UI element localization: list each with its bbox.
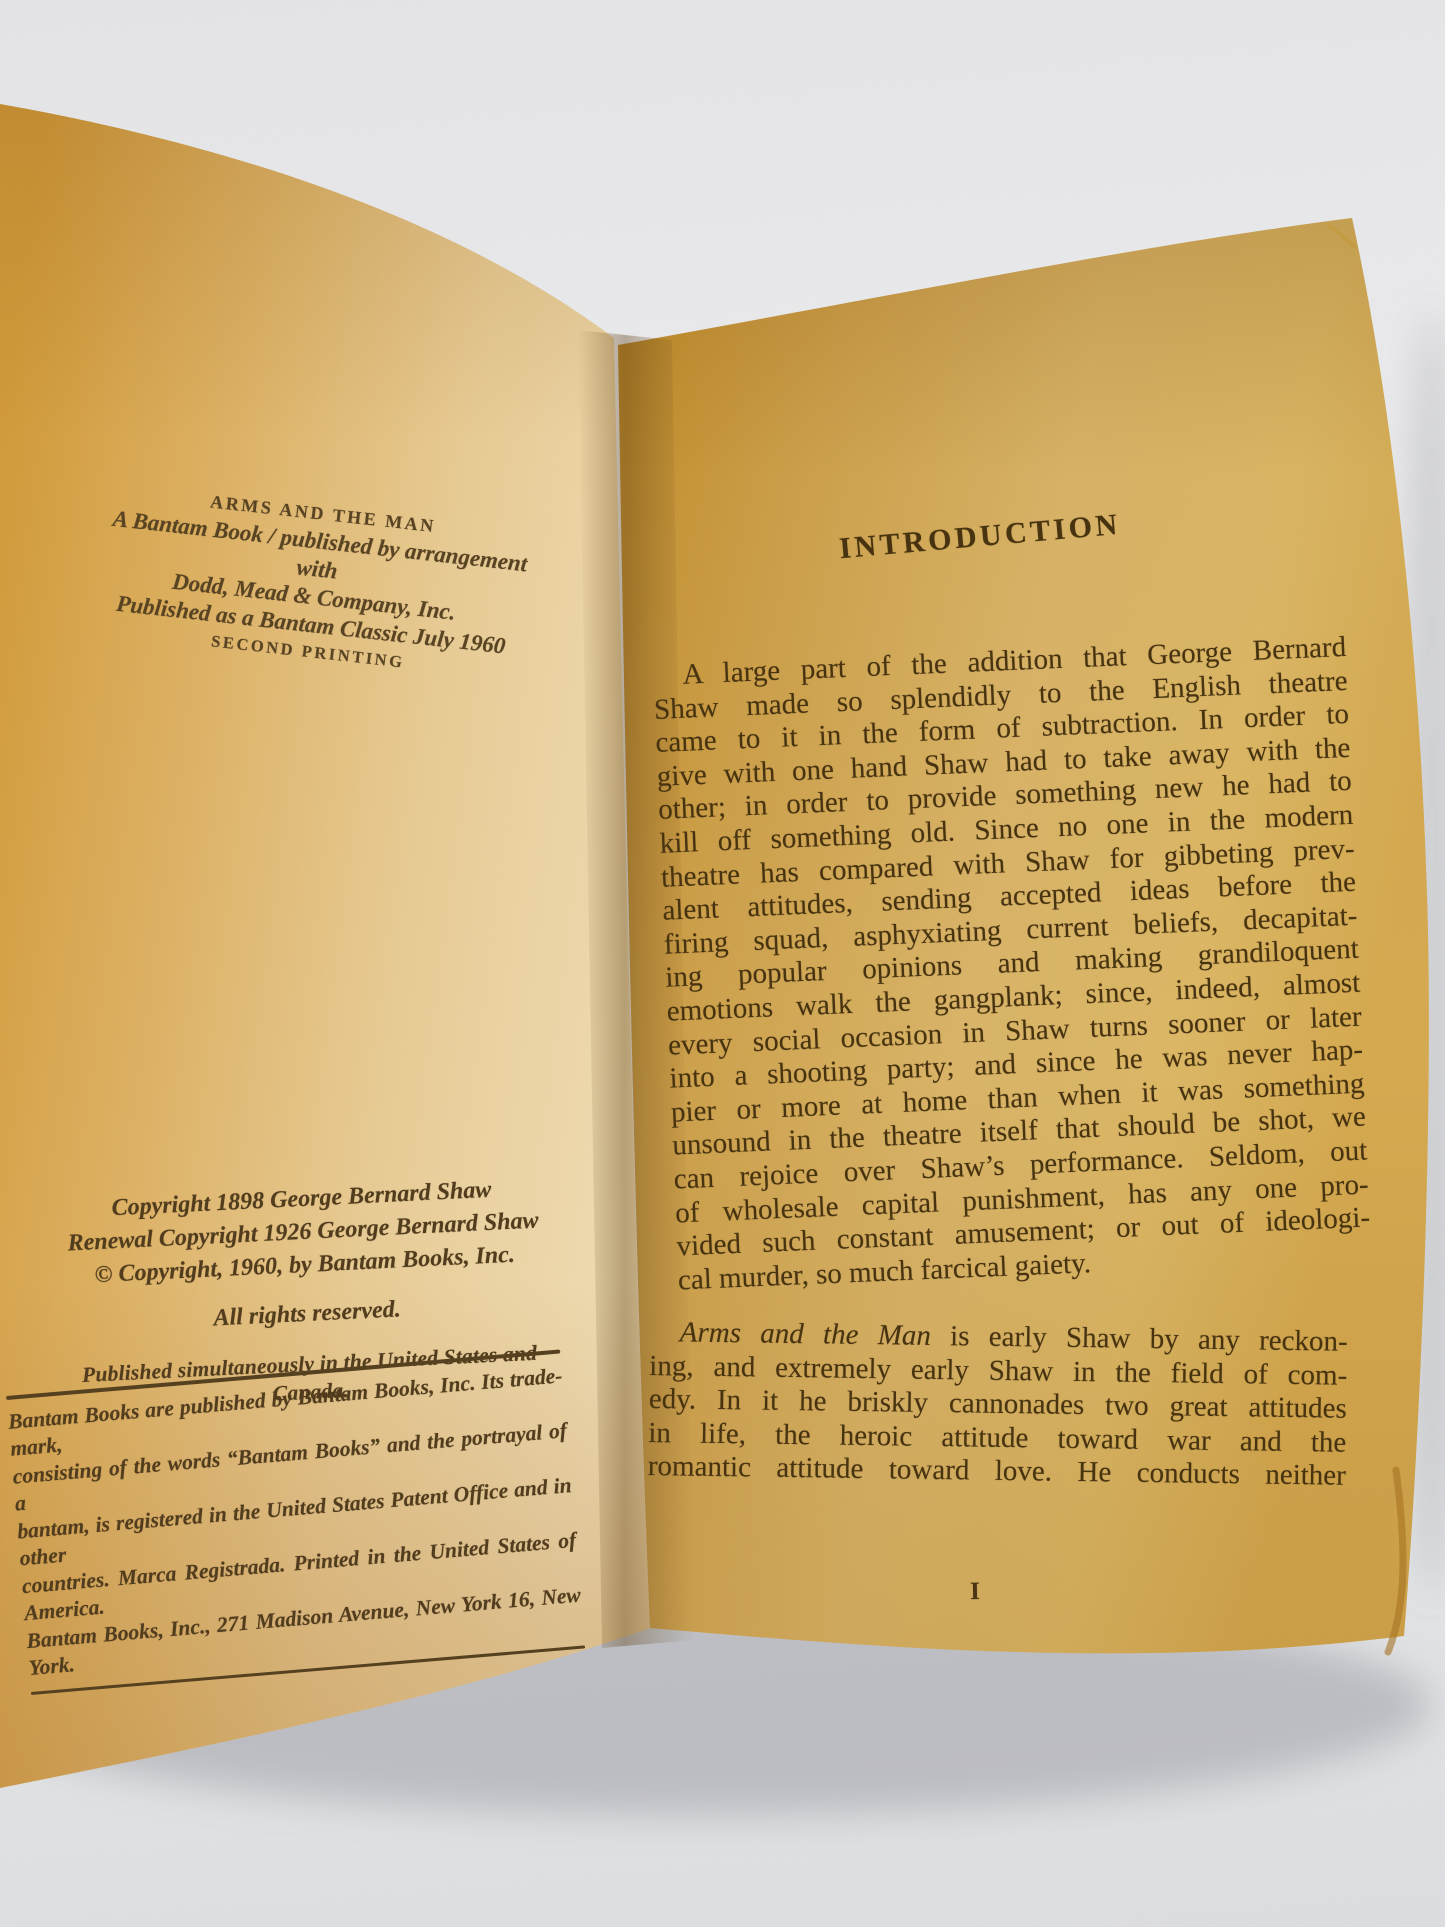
page-number: I (930, 1577, 1020, 1607)
book-photo: ARMS AND THE MAN A Bantam Book / publish… (0, 0, 1445, 1927)
text-run: is early Shaw by any reckon- (931, 1320, 1348, 1358)
paragraph-2-lines: ing, and extremely early Shaw in the fie… (648, 1350, 1348, 1494)
introduction-paragraph-2: Arms and the Man is early Shaw by any re… (648, 1316, 1348, 1494)
introduction-paragraph-1: A large part of the addition that George… (652, 631, 1372, 1298)
imprint-block: Bantam Books are published by Bantam Boo… (6, 1349, 585, 1694)
work-title-italic: Arms and the Man (680, 1316, 932, 1352)
rights-reserved-line: All rights reserved. (42, 1286, 573, 1342)
imprint-lines: Bantam Books are published by Bantam Boo… (7, 1362, 584, 1683)
